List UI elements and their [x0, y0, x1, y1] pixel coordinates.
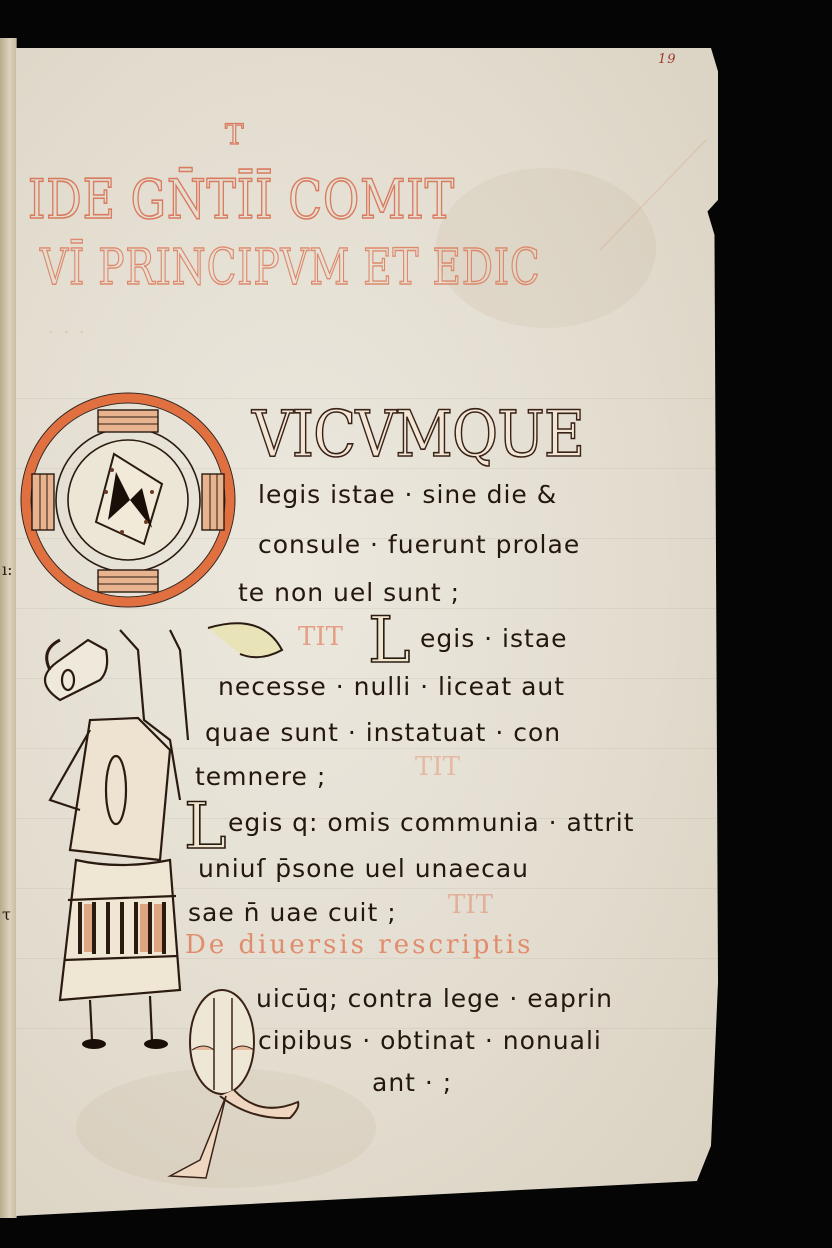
rubric-title-line-2: VĪ PRINCIPVM ET EDIC: [40, 238, 541, 296]
text-line: sae n̄ uae cuit ;: [188, 898, 397, 927]
rubric-title-line-1: IDE GN̄TĪĪ COMIT: [28, 168, 455, 231]
roundel-initial-q-icon: [12, 392, 252, 632]
incipit-display-capitals: VICVMQUE: [252, 398, 584, 472]
faded-rubric: · · ·: [48, 322, 87, 343]
text-line: necesse · nulli · liceat aut: [218, 672, 565, 701]
text-line: te non uel sunt ;: [238, 578, 460, 607]
rubric-mark-tit: TIT: [448, 890, 493, 920]
rubric-superscript: T: [225, 118, 246, 151]
text-line: egis · istae: [420, 624, 568, 653]
rubric-mark-tit: TIT: [415, 752, 460, 782]
rubric-heading: De diuersis rescriptis: [185, 930, 534, 960]
folio-number: 19: [658, 52, 677, 67]
text-line: uicūq; contra lege · eaprin: [256, 984, 613, 1013]
text-line: legis istae · sine die &: [258, 480, 557, 509]
text-line: egis q: omis communia · attrit: [228, 808, 634, 837]
initial-letter-L: L: [184, 790, 227, 864]
text-line: ant · ;: [372, 1068, 452, 1097]
text-line: uniuſ p̄sone uel unaecau: [198, 854, 529, 883]
margin-mark: τ: [2, 905, 11, 924]
text-line: consule · fuerunt prolae: [258, 530, 580, 559]
text-line: quae sunt · instatuat · con: [205, 718, 561, 747]
text-line: cipibus · obtinat · nonuali: [258, 1026, 602, 1055]
margin-mark: ı:: [2, 560, 13, 579]
initial-letter-L: L: [368, 604, 411, 678]
initial-letter-q-icon: [160, 990, 310, 1190]
rubric-mark-tit: TIT: [298, 622, 343, 652]
text-line: temnere ;: [195, 762, 326, 791]
